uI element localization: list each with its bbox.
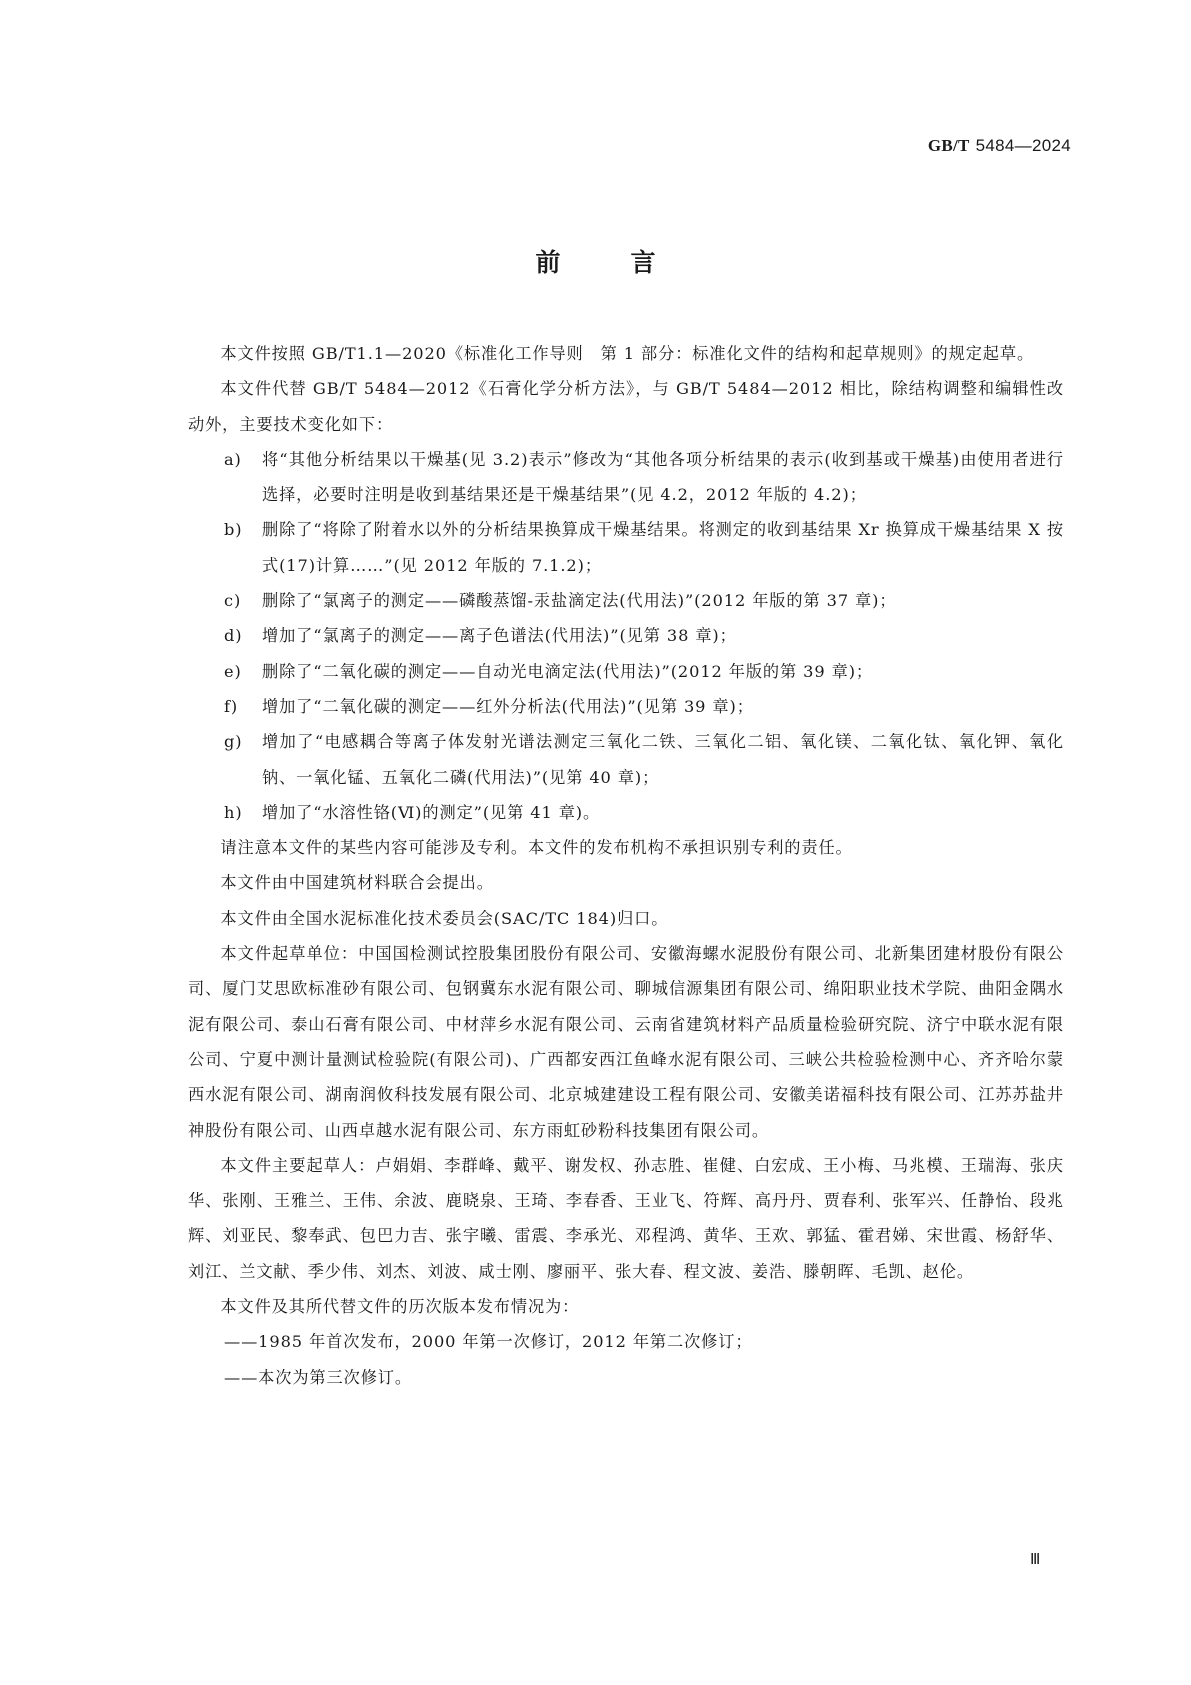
foreword-body: 本文件按照 GB/T1.1—2020《标准化工作导则 第 1 部分：标准化文件的… bbox=[188, 336, 1064, 1395]
patent-notice: 请注意本文件的某些内容可能涉及专利。本文件的发布机构不承担识别专利的责任。 bbox=[188, 830, 1064, 865]
list-marker: h) bbox=[224, 795, 243, 830]
list-item-text: 增加了“氯离子的测定——离子色谱法(代用法)”(见第 38 章)； bbox=[262, 626, 737, 645]
replacement-paragraph: 本文件代替 GB/T 5484—2012《石膏化学分析方法》，与 GB/T 54… bbox=[188, 371, 1064, 442]
history-item: ——本次为第三次修订。 bbox=[224, 1360, 1064, 1395]
list-item: f)增加了“二氧化碳的测定——红外分析法(代用法)”(见第 39 章)； bbox=[224, 689, 1064, 724]
list-item-text: 删除了“氯离子的测定——磷酸蒸馏-汞盐滴定法(代用法)”(2012 年版的第 3… bbox=[262, 591, 896, 610]
standard-number: GB/T5484—2024 bbox=[928, 136, 1071, 156]
list-item: h)增加了“水溶性铬(Ⅵ)的测定”(见第 41 章)。 bbox=[224, 795, 1064, 830]
list-marker: f) bbox=[224, 689, 238, 724]
drafting-basis-paragraph: 本文件按照 GB/T1.1—2020《标准化工作导则 第 1 部分：标准化文件的… bbox=[188, 336, 1064, 371]
standard-code: 5484—2024 bbox=[976, 136, 1071, 155]
list-item: d)增加了“氯离子的测定——离子色谱法(代用法)”(见第 38 章)； bbox=[224, 618, 1064, 653]
list-item-text: 将“其他分析结果以干燥基(见 3.2)表示”修改为“其他各项分析结果的表示(收到… bbox=[262, 450, 1064, 504]
list-item: b)删除了“将除了附着水以外的分析结果换算成干燥基结果。将测定的收到基结果 Xr… bbox=[224, 512, 1064, 583]
list-item: e)删除了“二氧化碳的测定——自动光电滴定法(代用法)”(2012 年版的第 3… bbox=[224, 654, 1064, 689]
page-title: 前言 bbox=[0, 243, 1191, 279]
list-marker: g) bbox=[224, 724, 242, 759]
list-item: g)增加了“电感耦合等离子体发射光谱法测定三氧化二铁、三氧化二铝、氧化镁、二氧化… bbox=[224, 724, 1064, 795]
drafting-units: 本文件起草单位：中国国检测试控股集团股份有限公司、安徽海螺水泥股份有限公司、北新… bbox=[188, 936, 1064, 1148]
proposer-statement: 本文件由中国建筑材料联合会提出。 bbox=[188, 865, 1064, 900]
list-marker: e) bbox=[224, 654, 242, 689]
page-number: Ⅲ bbox=[1030, 1550, 1040, 1569]
list-item-text: 增加了“二氧化碳的测定——红外分析法(代用法)”(见第 39 章)； bbox=[262, 697, 754, 716]
list-item: a)将“其他分析结果以干燥基(见 3.2)表示”修改为“其他各项分析结果的表示(… bbox=[224, 442, 1064, 513]
list-item-text: 删除了“二氧化碳的测定——自动光电滴定法(代用法)”(2012 年版的第 39 … bbox=[262, 662, 873, 681]
list-item-text: 删除了“将除了附着水以外的分析结果换算成干燥基结果。将测定的收到基结果 Xr 换… bbox=[262, 520, 1064, 574]
history-intro: 本文件及其所代替文件的历次版本发布情况为： bbox=[188, 1289, 1064, 1324]
list-item-text: 增加了“水溶性铬(Ⅵ)的测定”(见第 41 章)。 bbox=[262, 803, 600, 822]
list-marker: c) bbox=[224, 583, 241, 618]
committee-statement: 本文件由全国水泥标准化技术委员会(SAC/TC 184)归口。 bbox=[188, 901, 1064, 936]
technical-changes-list: a)将“其他分析结果以干燥基(见 3.2)表示”修改为“其他各项分析结果的表示(… bbox=[188, 442, 1064, 830]
standard-prefix: GB/T bbox=[928, 136, 970, 155]
list-marker: d) bbox=[224, 618, 242, 653]
list-marker: b) bbox=[224, 512, 242, 547]
list-item: c)删除了“氯离子的测定——磷酸蒸馏-汞盐滴定法(代用法)”(2012 年版的第… bbox=[224, 583, 1064, 618]
title-char-2: 言 bbox=[631, 243, 656, 279]
title-char-1: 前 bbox=[535, 243, 560, 279]
list-item-text: 增加了“电感耦合等离子体发射光谱法测定三氧化二铁、三氧化二铝、氧化镁、二氧化钛、… bbox=[262, 732, 1064, 786]
list-marker: a) bbox=[224, 442, 242, 477]
history-item: ——1985 年首次发布，2000 年第一次修订，2012 年第二次修订； bbox=[224, 1324, 1064, 1359]
main-drafters: 本文件主要起草人：卢娟娟、李群峰、戴平、谢发权、孙志胜、崔健、白宏成、王小梅、马… bbox=[188, 1148, 1064, 1289]
